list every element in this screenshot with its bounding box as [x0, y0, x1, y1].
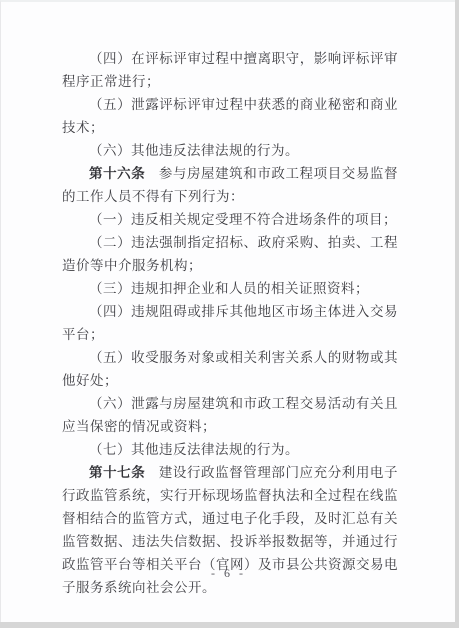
clause-paragraph-16-6: （六）泄露与房屋建筑和市政工程交易活动有关且应当保密的情况或资料；: [62, 392, 398, 438]
article-16-heading: 第十六条: [89, 166, 145, 181]
clause-paragraph-16-2: （二）违法强制指定招标、政府采购、拍卖、工程造价等中介服务机构；: [62, 231, 398, 277]
clause-paragraph-16-3: （三）违规扣押企业和人员的相关证照资料；: [62, 277, 398, 300]
page-number: - 6 -: [1, 562, 456, 585]
document-page: （四）在评标评审过程中擅离职守，影响评标评审程序正常进行； （五）泄露评标评审过…: [0, 0, 455, 622]
document-body: （四）在评标评审过程中擅离职守，影响评标评审程序正常进行； （五）泄露评标评审过…: [62, 47, 398, 599]
clause-paragraph-16-5: （五）收受服务对象或相关利害关系人的财物或其他好处；: [62, 346, 398, 392]
article-16-paragraph: 第十六条参与房屋建筑和市政工程项目交易监督的工作人员不得有下列行为：: [62, 162, 398, 208]
clause-paragraph-16-7: （七）其他违反法律法规的行为。: [62, 438, 398, 461]
clause-paragraph-5: （五）泄露评标评审过程中获悉的商业秘密和商业技术；: [62, 93, 398, 139]
clause-paragraph-16-4: （四）违规阻碍或排斥其他地区市场主体进入交易平台；: [62, 300, 398, 346]
article-17-heading: 第十七条: [89, 465, 145, 480]
clause-paragraph-16-1: （一）违反相关规定受理不符合进场条件的项目；: [62, 208, 398, 231]
clause-paragraph-6: （六）其他违反法律法规的行为。: [62, 139, 398, 162]
clause-paragraph-4: （四）在评标评审过程中擅离职守，影响评标评审程序正常进行；: [62, 47, 398, 93]
